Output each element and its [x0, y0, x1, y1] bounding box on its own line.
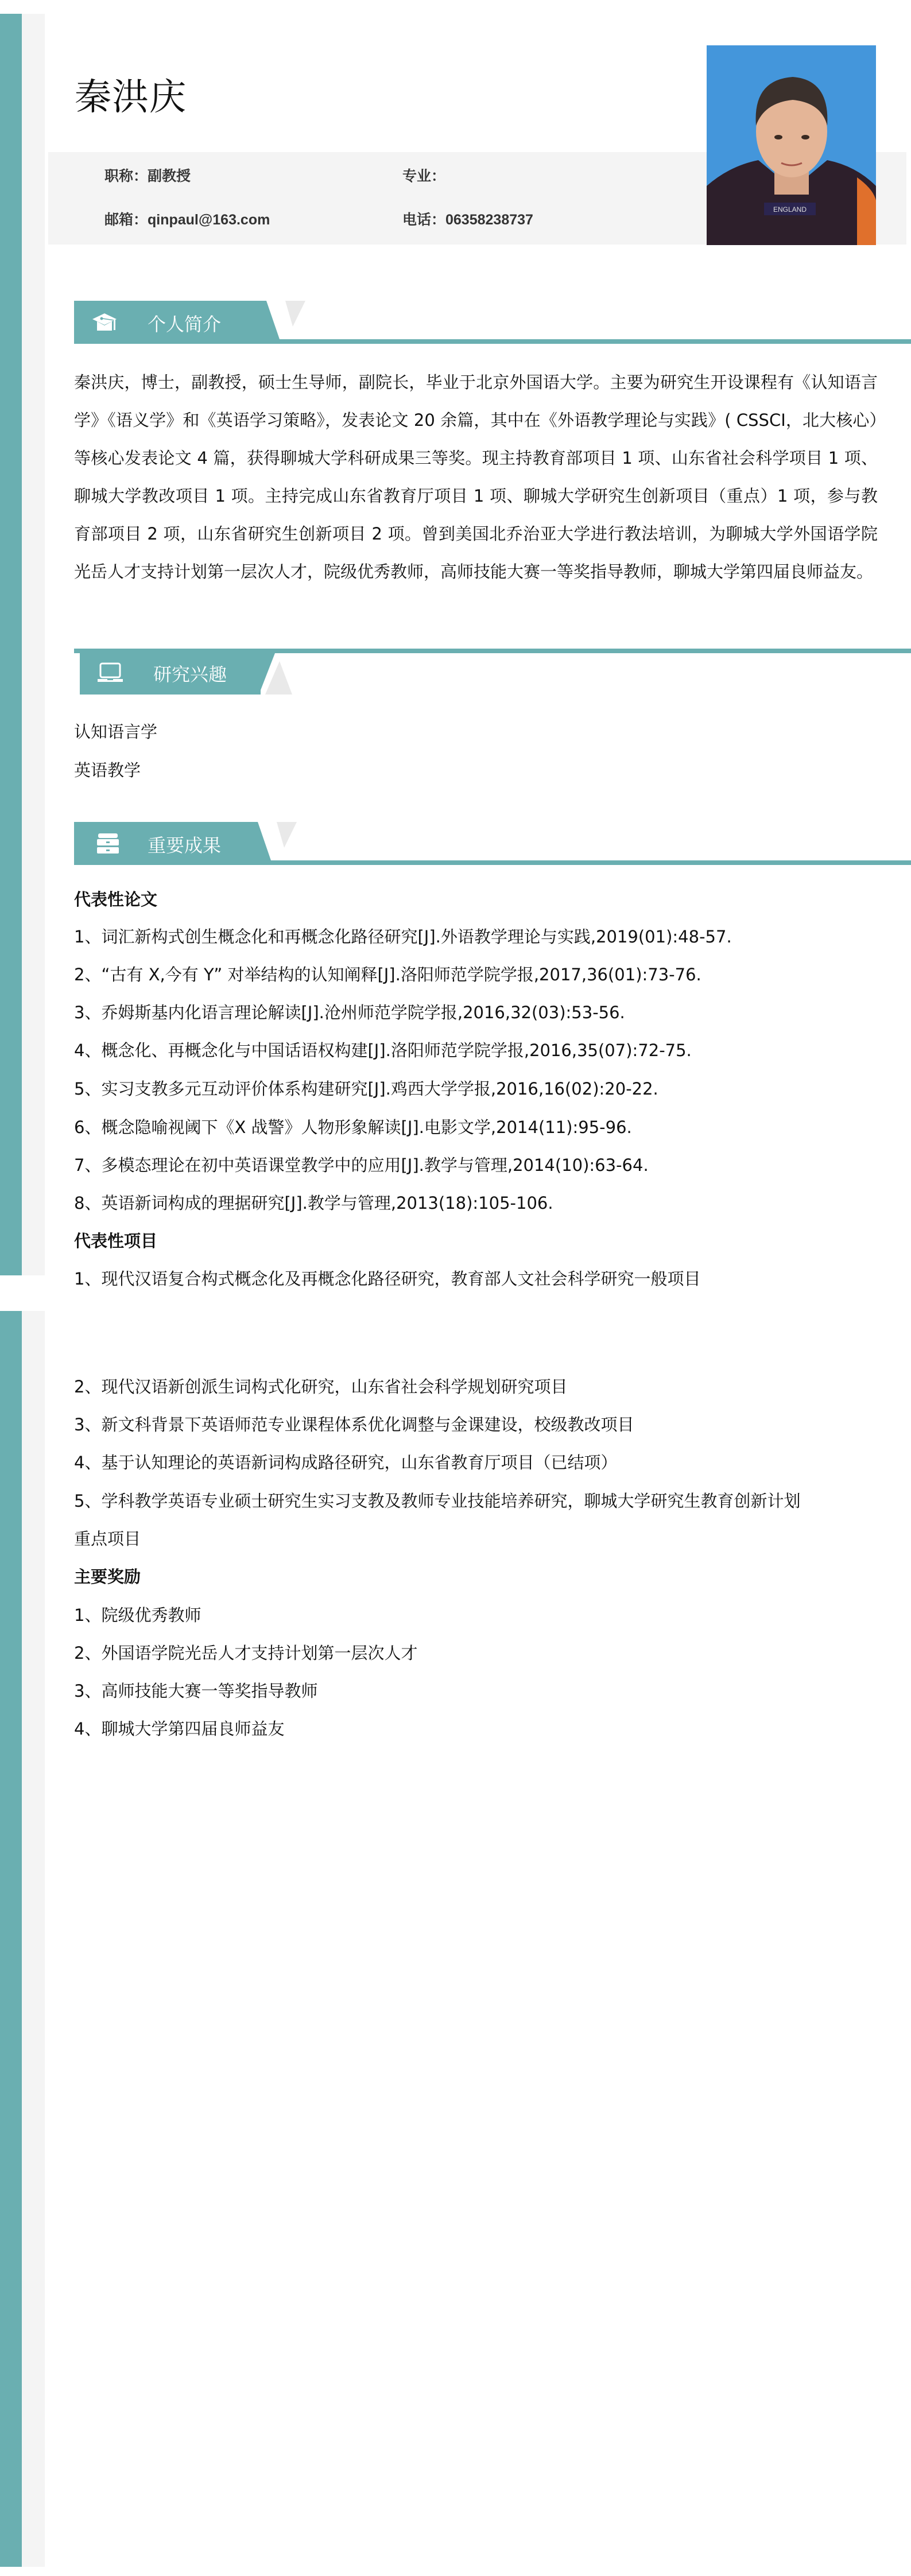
- paper-item: 5、实习支教多元互动评价体系构建研究[J].鸡西大学学报,2016,16(02)…: [74, 1076, 658, 1100]
- sidebar-gray-bar-page2: [22, 1311, 45, 2567]
- paper-item: 4、概念化、再概念化与中国话语权构建[J].洛阳师范学院学报,2016,35(0…: [74, 1038, 692, 1061]
- header-decor-shape: [258, 301, 321, 344]
- project-item: 4、基于认知理论的英语新词构成路径研究，山东省教育厅项目（已结项）: [74, 1450, 617, 1473]
- header-decor-shape: [249, 822, 312, 865]
- project-item: 2、现代汉语新创派生词构式化研究，山东省社会科学规划研究项目: [74, 1374, 567, 1398]
- award-item: 2、外国语学院光岳人才支持计划第一层次人才: [74, 1640, 417, 1664]
- sidebar-accent-bar: [0, 14, 22, 1275]
- svg-text:ENGLAND: ENGLAND: [773, 205, 807, 214]
- paper-item: 8、英语新词构成的理据研究[J].教学与管理,2013(18):105-106.: [74, 1190, 553, 1214]
- award-item: 3、高师技能大赛一等奖指导教师: [74, 1678, 317, 1702]
- project-item: 1、现代汉语复合构式概念化及再概念化路径研究，教育部人文社会科学研究一般项目: [74, 1266, 700, 1290]
- paper-item: 2、“古有 X,今有 Y” 对举结构的认知阐释[J].洛阳师范学院学报,2017…: [74, 962, 701, 986]
- header-decor-shape: [246, 649, 378, 695]
- paper-item: 7、多模态理论在初中英语课堂教学中的应用[J].教学与管理,2014(10):6…: [74, 1153, 649, 1176]
- portrait-photo: ENGLAND: [707, 45, 876, 245]
- bio-text: 秦洪庆，博士，副教授，硕士生导师，副院长，毕业于北京外国语大学。主要为研究生开设…: [74, 363, 878, 591]
- project-item: 5、学科教学英语专业硕士研究生实习支教及教师专业技能培养研究，聊城大学研究生教育…: [74, 1488, 800, 1512]
- laptop-icon: [97, 661, 123, 684]
- award-item: 1、院级优秀教师: [74, 1603, 201, 1626]
- award-item: 4、聊城大学第四届良师益友: [74, 1716, 284, 1740]
- section-title-interests: 研究兴趣: [153, 660, 227, 686]
- paper-item: 3、乔姆斯基内化语言理论解读[J].沧州师范学院学报,2016,32(03):5…: [74, 1000, 625, 1023]
- phone-field: 电话：06358238737: [402, 208, 533, 229]
- section-title-bio: 个人简介: [148, 310, 221, 336]
- email-field: 邮箱：qinpaul@163.com: [104, 208, 270, 229]
- sidebar-accent-bar-page2: [0, 1311, 22, 2567]
- project-item: 3、新文科背景下英语师范专业课程体系优化调整与金课建设，校级教改项目: [74, 1412, 634, 1436]
- archive-drawer-icon: [95, 832, 121, 855]
- title-field: 职称：副教授: [104, 165, 191, 185]
- graduation-cap-icon: [91, 311, 118, 334]
- section-title-achievements: 重要成果: [148, 831, 221, 858]
- section-header-interests: 研究兴趣: [74, 649, 911, 695]
- profile-name: 秦洪庆: [75, 68, 187, 121]
- section-header-bio: 个人简介: [74, 301, 911, 344]
- interest-item: 认知语言学: [74, 719, 157, 743]
- projects-heading: 代表性项目: [74, 1228, 157, 1252]
- section-header-achievements: 重要成果: [74, 822, 911, 865]
- papers-heading: 代表性论文: [74, 887, 157, 910]
- project-item-continuation: 重点项目: [74, 1526, 141, 1550]
- paper-item: 1、词汇新构式创生概念化和再概念化路径研究[J].外语教学理论与实践,2019(…: [74, 924, 732, 948]
- paper-item: 6、概念隐喻视阈下《X 战警》人物形象解读[J].电影文学,2014(11):9…: [74, 1115, 632, 1138]
- person-portrait-icon: ENGLAND: [707, 45, 876, 245]
- major-field: 专业：: [402, 165, 445, 185]
- interest-item: 英语教学: [74, 758, 141, 781]
- sidebar-gray-bar: [22, 14, 45, 1275]
- awards-heading: 主要奖励: [74, 1564, 141, 1588]
